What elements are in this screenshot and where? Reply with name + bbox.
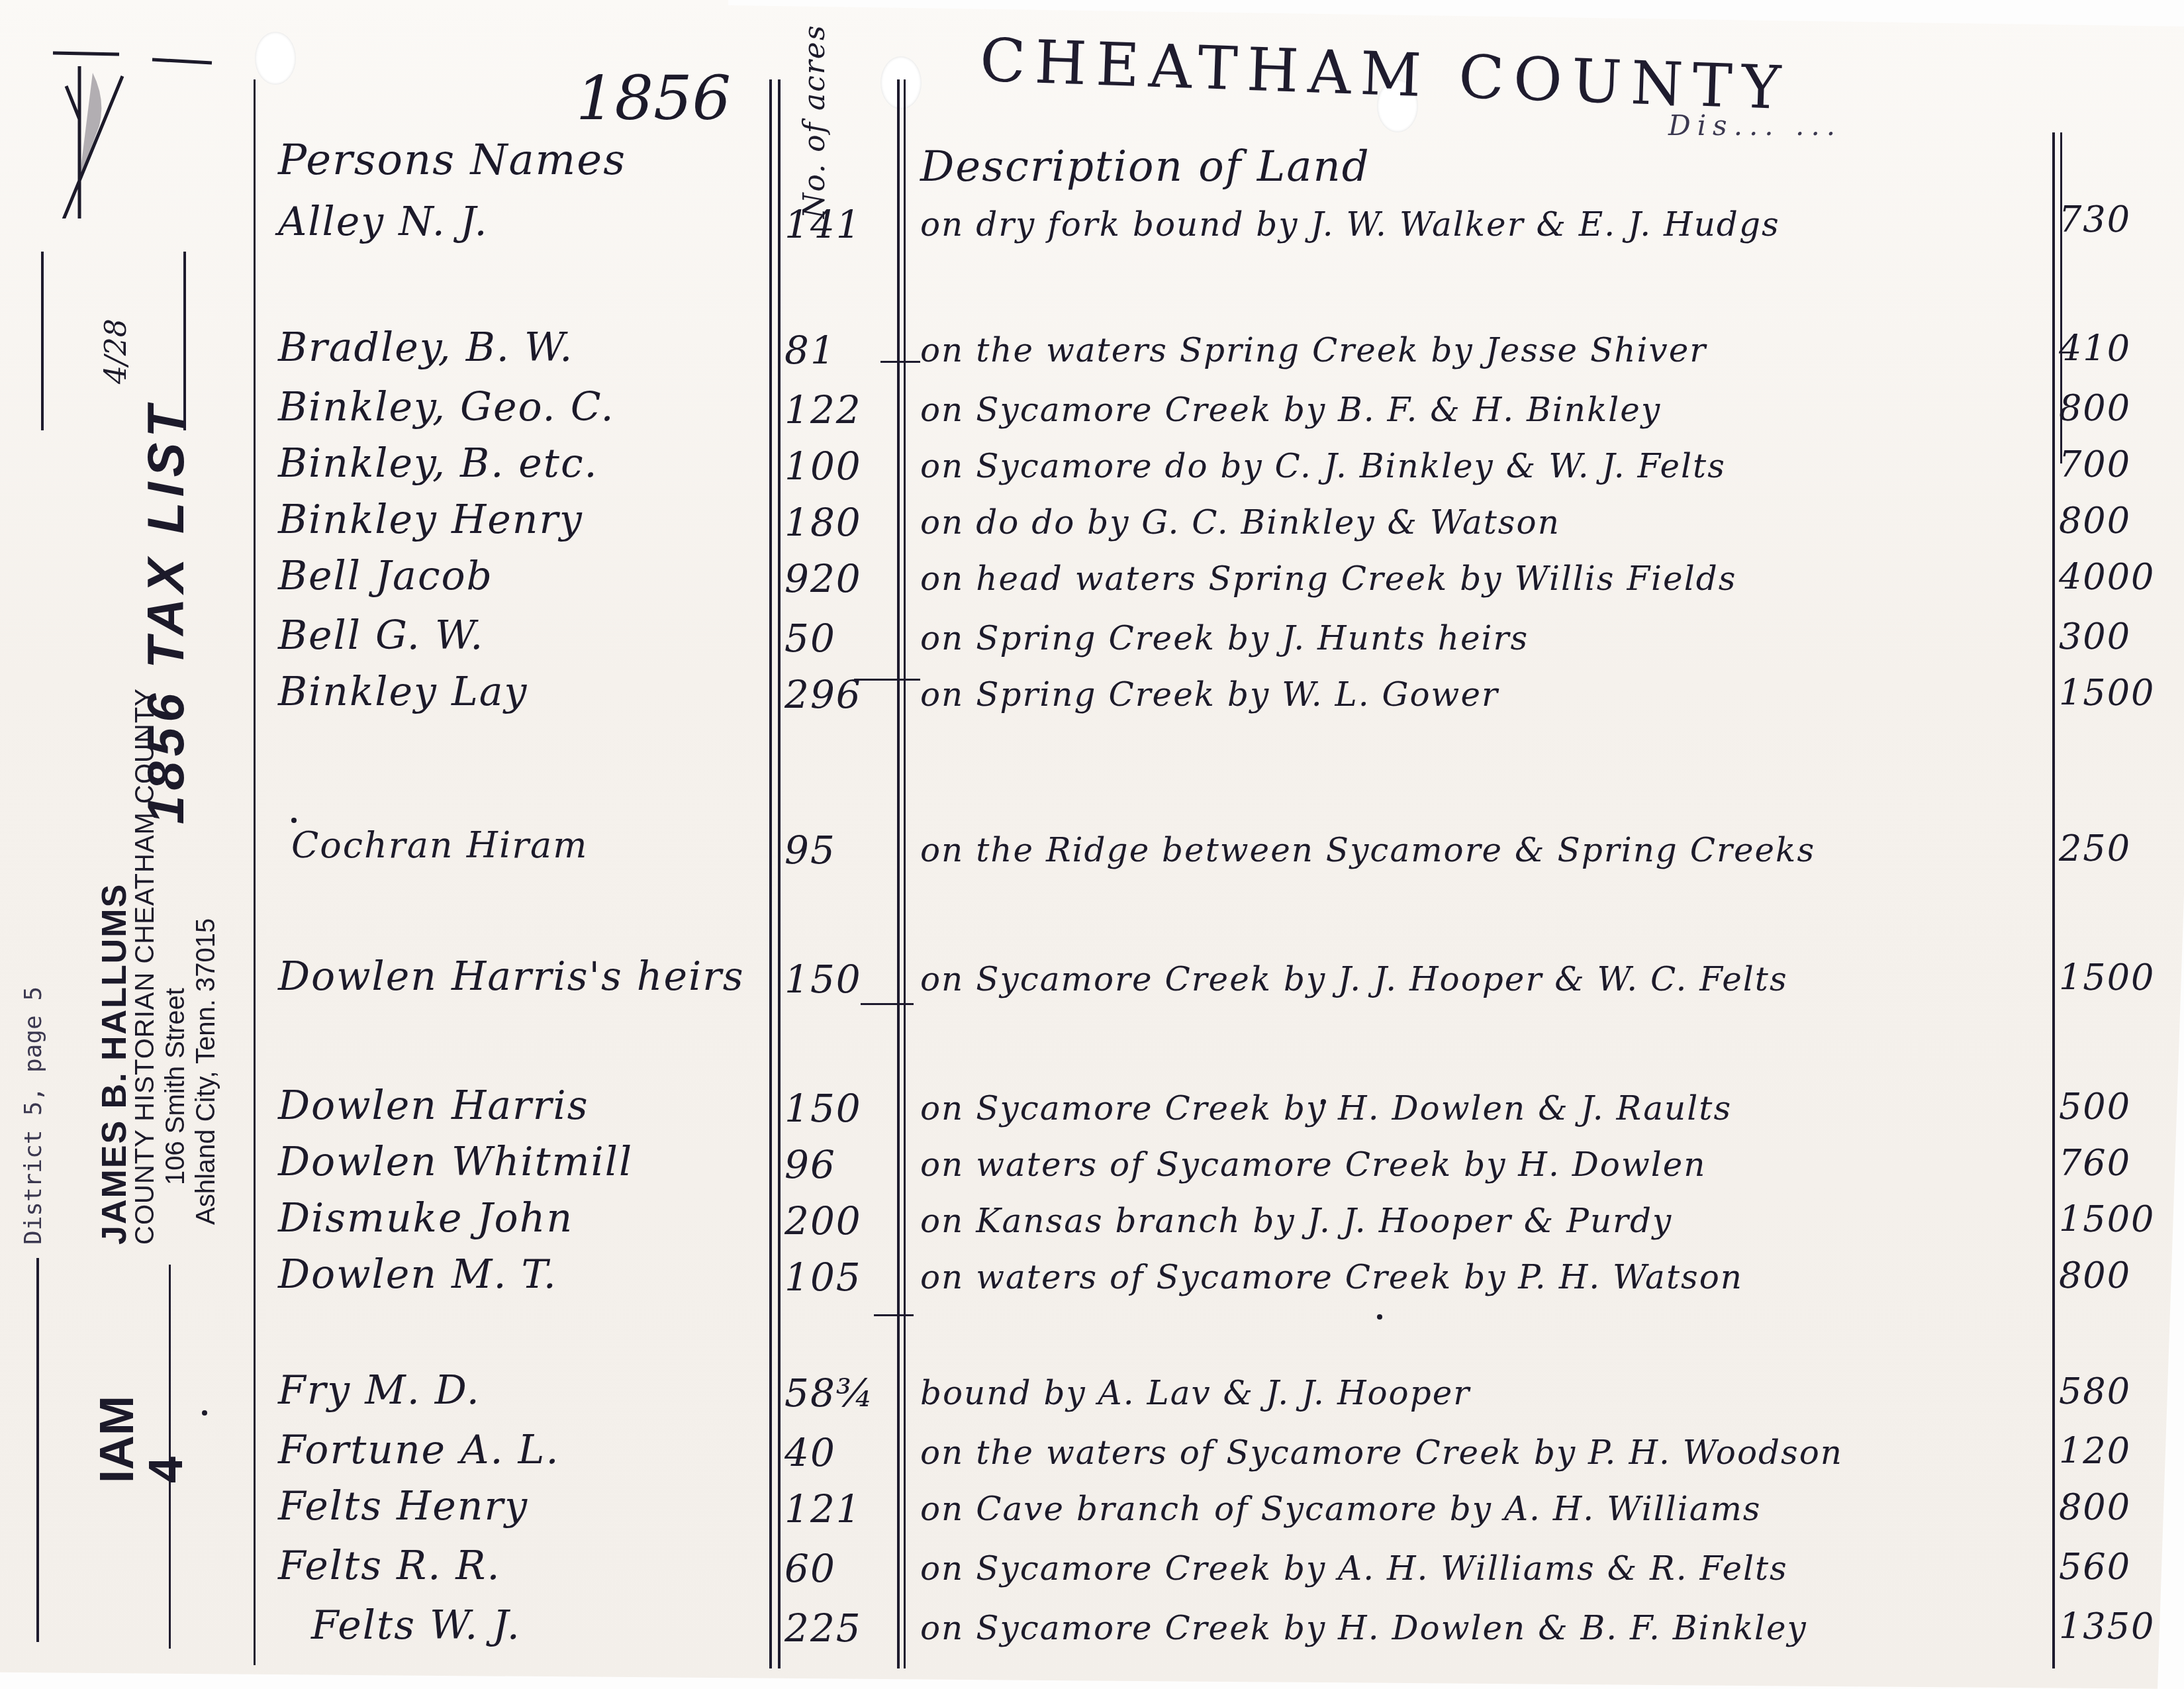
row-acres: 96: [784, 1142, 836, 1187]
row-value: 4000: [2059, 556, 2155, 598]
row-description: on the Ridge between Sycamore & Spring C…: [920, 831, 1815, 869]
row-acres: 180: [784, 500, 862, 545]
row-value: 1500: [2059, 957, 2155, 998]
row-description: on Sycamore Creek by B. F. & H. Binkley: [920, 391, 1661, 429]
row-value: 1350: [2059, 1606, 2155, 1647]
row-value: 120: [2059, 1430, 2131, 1472]
row-name: Binkley, B. etc.: [278, 440, 598, 487]
row-description: on Sycamore Creek by H. Dowlen & B. F. B…: [920, 1609, 1807, 1647]
row-description: on Spring Creek by W. L. Gower: [920, 675, 1499, 714]
row-acres: 50: [784, 616, 836, 661]
row-description: on Cave branch of Sycamore by A. H. Will…: [920, 1490, 1762, 1528]
column-header-names: Persons Names: [278, 136, 626, 185]
stamp-street: 106 Smith Street: [160, 688, 191, 1245]
row-name: Cochran Hiram: [291, 824, 588, 866]
row-description: on Spring Creek by J. Hunts heirs: [920, 619, 1529, 657]
stamp-title: COUNTY HISTORIAN CHEATHAM COUNTY: [130, 688, 160, 1245]
row-description: on Sycamore do by C. J. Binkley & W. J. …: [920, 447, 1726, 485]
row-name: Binkley Lay: [278, 669, 528, 715]
column-rule-acres-left-inner: [778, 79, 781, 1668]
ink-dot: [202, 1410, 207, 1416]
margin-rule-bottom: [36, 1258, 39, 1642]
column-header-description: Description of Land: [920, 142, 1370, 191]
row-acres: 141: [784, 202, 862, 247]
row-value: 250: [2059, 828, 2131, 869]
row-name: Bradley, B. W.: [278, 324, 573, 371]
punch-hole-icon: [880, 56, 922, 109]
row-name: Binkley Henry: [278, 497, 583, 543]
row-description: on Sycamore Creek by H. Dowlen & J. Raul…: [920, 1089, 1732, 1128]
row-description: on the waters of Sycamore Creek by P. H.…: [920, 1433, 1843, 1472]
row-acres: 58¾: [784, 1371, 875, 1416]
underline-mark: [880, 361, 920, 363]
iam-text: IAM: [93, 1396, 142, 1483]
iam-mark: IAM 4: [93, 1396, 191, 1483]
row-acres: 296: [784, 672, 862, 717]
row-description: on Kansas branch by J. J. Hooper & Purdy: [920, 1202, 1672, 1240]
row-value: 760: [2059, 1142, 2131, 1184]
row-name: Dowlen Harris: [278, 1083, 589, 1129]
row-value: 500: [2059, 1086, 2131, 1128]
row-name: Fry M. D.: [278, 1367, 481, 1414]
row-acres: 150: [784, 957, 862, 1002]
row-description: on waters of Sycamore Creek by P. H. Wat…: [920, 1258, 1743, 1296]
row-acres: 60: [784, 1546, 836, 1591]
row-description: on waters of Sycamore Creek by H. Dowlen: [920, 1145, 1707, 1184]
ink-dot: [1377, 1314, 1382, 1320]
margin-tab-label: 4/28: [99, 318, 133, 384]
row-acres: 81: [784, 328, 836, 373]
row-name: Dowlen M. T.: [278, 1251, 557, 1298]
corner-triangle-mark-icon: [26, 46, 225, 218]
paper-top-edge: [728, 0, 2184, 26]
column-header-acres: No. of acres: [798, 24, 831, 218]
row-name: Bell Jacob: [278, 553, 493, 599]
underline-mark: [861, 1003, 914, 1005]
row-name: Dowlen Harris's heirs: [278, 953, 745, 1000]
row-description: on Sycamore Creek by J. J. Hooper & W. C…: [920, 960, 1788, 998]
row-acres: 122: [784, 387, 862, 432]
column-rule-acres-left: [769, 79, 772, 1668]
row-acres: 225: [784, 1606, 862, 1651]
row-value: 580: [2059, 1371, 2131, 1412]
row-name: Fortune A. L.: [278, 1427, 560, 1473]
scanned-tax-list-page: 1856 CHEATHAM COUNTY Dis... ... Persons …: [0, 0, 2184, 1689]
row-value: 410: [2059, 328, 2131, 369]
column-rule-desc-left-inner: [904, 79, 906, 1668]
row-name: Dismuke John: [278, 1195, 573, 1241]
underline-mark: [874, 1314, 914, 1316]
historian-stamp: JAMES B. HALLUMS COUNTY HISTORIAN CHEATH…: [99, 688, 221, 1245]
paper-bottom-edge: [0, 1665, 2184, 1689]
row-value: 800: [2059, 387, 2131, 429]
row-value: 300: [2059, 616, 2131, 657]
ink-dot: [291, 818, 297, 823]
row-name: Alley N. J.: [278, 199, 488, 245]
row-description: on head waters Spring Creek by Willis Fi…: [920, 559, 1736, 598]
row-acres: 95: [784, 828, 836, 873]
margin-rule: [254, 79, 256, 1665]
stamp-name: JAMES B. HALLUMS: [99, 688, 130, 1245]
row-name: Binkley, Geo. C.: [278, 384, 615, 430]
row-value: 1500: [2059, 672, 2155, 714]
column-rule-value-left: [2052, 132, 2055, 1668]
row-acres: 105: [784, 1255, 862, 1300]
row-name: Felts W. J.: [311, 1602, 521, 1649]
row-value: 1500: [2059, 1198, 2155, 1240]
row-name: Felts R. R.: [278, 1543, 501, 1589]
tab-rule: [41, 252, 44, 430]
row-acres: 100: [784, 444, 862, 489]
row-acres: 40: [784, 1430, 836, 1475]
row-acres: 121: [784, 1486, 862, 1531]
row-acres: 200: [784, 1198, 862, 1243]
row-description: on Sycamore Creek by A. H. Williams & R.…: [920, 1549, 1788, 1588]
row-name: Felts Henry: [278, 1483, 528, 1529]
iam-sub: 4: [142, 1396, 191, 1483]
row-description: on the waters Spring Creek by Jesse Shiv…: [920, 331, 1707, 369]
row-acres: 920: [784, 556, 862, 601]
district-page-note: District 5, page 5: [20, 987, 47, 1245]
column-rule-desc-left: [897, 79, 900, 1668]
row-description: bound by A. Lav & J. J. Hooper: [920, 1374, 1470, 1412]
row-value: 730: [2059, 199, 2131, 240]
row-value: 800: [2059, 1486, 2131, 1528]
row-value: 800: [2059, 1255, 2131, 1296]
row-name: Dowlen Whitmill: [278, 1139, 633, 1185]
document-subtitle: Dis... ...: [1668, 109, 1842, 142]
row-description: on dry fork bound by J. W. Walker & E. J…: [920, 205, 1780, 244]
stamp-city: Ashland City, Tenn. 37015: [191, 688, 221, 1245]
row-acres: 150: [784, 1086, 862, 1131]
row-description: on do do by G. C. Binkley & Watson: [920, 503, 1560, 542]
paper-right-edge: [2158, 894, 2184, 1689]
row-value: 700: [2059, 444, 2131, 485]
row-value: 800: [2059, 500, 2131, 542]
punch-hole-icon: [255, 32, 296, 85]
document-year: 1856: [576, 63, 731, 134]
underline-mark: [854, 679, 920, 681]
row-value: 560: [2059, 1546, 2131, 1588]
row-name: Bell G. W.: [278, 612, 484, 659]
ink-dot: [1321, 1099, 1326, 1104]
